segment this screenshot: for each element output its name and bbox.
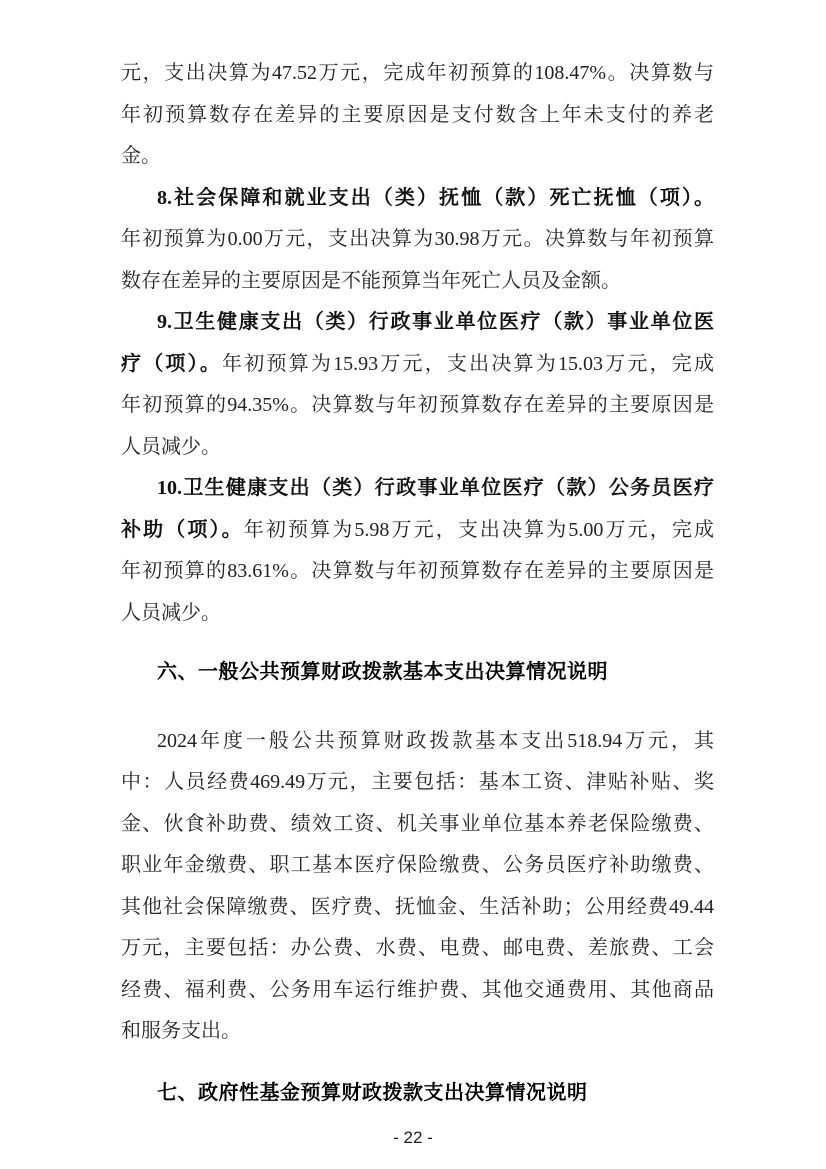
text-run: 和服务支出。 (121, 1020, 241, 1042)
text-line: 数存在差异的主要原因是不能预算当年死亡人员及金额。 (121, 261, 714, 303)
bold-text-run: 10.卫生健康支出（类）行政事业单位医疗（款）公务员医疗 (157, 477, 714, 499)
text-line: 年初预算数存在差异的主要原因是支付数含上年未支付的养老 (121, 95, 714, 137)
text-line: 年初预算的83.61%。决算数与年初预算数存在差异的主要原因是 (121, 551, 714, 593)
bold-text-run: 9.卫生健康支出（类）行政事业单位医疗（款）事业单位医 (157, 311, 714, 333)
text-run: 年初预算为5.98万元，支出决算为5.00万元，完成 (244, 519, 714, 541)
text-run: 年初预算为15.93万元，支出决算为15.03万元，完成 (222, 353, 714, 375)
text-line: 和服务支出。 (121, 1011, 714, 1053)
text-line: 补助（项）。年初预算为5.98万元，支出决算为5.00万元，完成 (121, 510, 714, 552)
text-line: 其他社会保障缴费、医疗费、抚恤金、生活补助；公用经费49.44 (121, 887, 714, 929)
text-run: 职业年金缴费、职工基本医疗保险缴费、公务员医疗补助缴费、 (121, 854, 714, 876)
body-paragraphs-middle: 2024年度一般公共预算财政拨款基本支出518.94万元，其中：人员经费469.… (121, 721, 714, 1053)
text-line: 职业年金缴费、职工基本医疗保险缴费、公务员医疗补助缴费、 (121, 845, 714, 887)
text-run: 万元，主要包括：办公费、水费、电费、邮电费、差旅费、工会 (121, 937, 714, 959)
text-line: 万元，主要包括：办公费、水费、电费、邮电费、差旅费、工会 (121, 928, 714, 970)
text-run: 金、伙食补助费、绩效工资、机关事业单位基本养老保险缴费、 (121, 813, 714, 835)
text-line: 8.社会保障和就业支出（类）抚恤（款）死亡抚恤（项）。 (121, 178, 714, 220)
section-heading-6: 六、一般公共预算财政拨款基本支出决算情况说明 (121, 652, 714, 694)
text-run: 年初预算的83.61%。决算数与年初预算数存在差异的主要原因是 (121, 560, 714, 582)
text-run: 数存在差异的主要原因是不能预算当年死亡人员及金额。 (121, 270, 621, 292)
body-paragraphs-top: 元，支出决算为47.52万元，完成年初预算的108.47%。决算数与年初预算数存… (121, 53, 714, 634)
text-line: 经费、福利费、公务用车运行维护费、其他交通费用、其他商品 (121, 970, 714, 1012)
document-body: 元，支出决算为47.52万元，完成年初预算的108.47%。决算数与年初预算数存… (121, 53, 714, 1114)
text-line: 疗（项）。年初预算为15.93万元，支出决算为15.03万元，完成 (121, 344, 714, 386)
text-run: 金。 (121, 145, 161, 167)
text-line: 金。 (121, 136, 714, 178)
bold-text-run: 8.社会保障和就业支出（类）抚恤（款）死亡抚恤（项）。 (157, 187, 714, 209)
text-run: 经费、福利费、公务用车运行维护费、其他交通费用、其他商品 (121, 979, 714, 1001)
bold-text-run: 补助（项）。 (121, 519, 244, 541)
text-line: 人员减少。 (121, 427, 714, 469)
text-run: 年初预算为0.00万元，支出决算为30.98万元。决算数与年初预算 (121, 228, 714, 250)
text-line: 人员减少。 (121, 593, 714, 635)
text-line: 年初预算为0.00万元，支出决算为30.98万元。决算数与年初预算 (121, 219, 714, 261)
text-line: 年初预算的94.35%。决算数与年初预算数存在差异的主要原因是 (121, 385, 714, 427)
text-run: 人员减少。 (121, 436, 221, 458)
text-line: 2024年度一般公共预算财政拨款基本支出518.94万元，其 (121, 721, 714, 763)
text-run: 年初预算的94.35%。决算数与年初预算数存在差异的主要原因是 (121, 394, 714, 416)
text-run: 元，支出决算为47.52万元，完成年初预算的108.47%。决算数与 (121, 62, 714, 84)
text-line: 元，支出决算为47.52万元，完成年初预算的108.47%。决算数与 (121, 53, 714, 95)
page-number: - 22 - (393, 1128, 433, 1147)
text-run: 其他社会保障缴费、医疗费、抚恤金、生活补助；公用经费49.44 (121, 896, 714, 918)
text-run: 人员减少。 (121, 602, 221, 624)
text-line: 9.卫生健康支出（类）行政事业单位医疗（款）事业单位医 (121, 302, 714, 344)
text-run: 中：人员经费469.49万元，主要包括：基本工资、津贴补贴、奖 (121, 771, 714, 793)
page-footer: - 22 - (0, 1128, 826, 1148)
text-run: 年初预算数存在差异的主要原因是支付数含上年未支付的养老 (121, 104, 714, 126)
section-heading-7: 七、政府性基金预算财政拨款支出决算情况说明 (121, 1073, 714, 1115)
text-line: 10.卫生健康支出（类）行政事业单位医疗（款）公务员医疗 (121, 468, 714, 510)
text-run: 2024年度一般公共预算财政拨款基本支出518.94万元，其 (157, 730, 714, 752)
text-line: 中：人员经费469.49万元，主要包括：基本工资、津贴补贴、奖 (121, 762, 714, 804)
document-page: 元，支出决算为47.52万元，完成年初预算的108.47%。决算数与年初预算数存… (0, 0, 826, 1169)
text-line: 金、伙食补助费、绩效工资、机关事业单位基本养老保险缴费、 (121, 804, 714, 846)
bold-text-run: 疗（项）。 (121, 353, 222, 375)
